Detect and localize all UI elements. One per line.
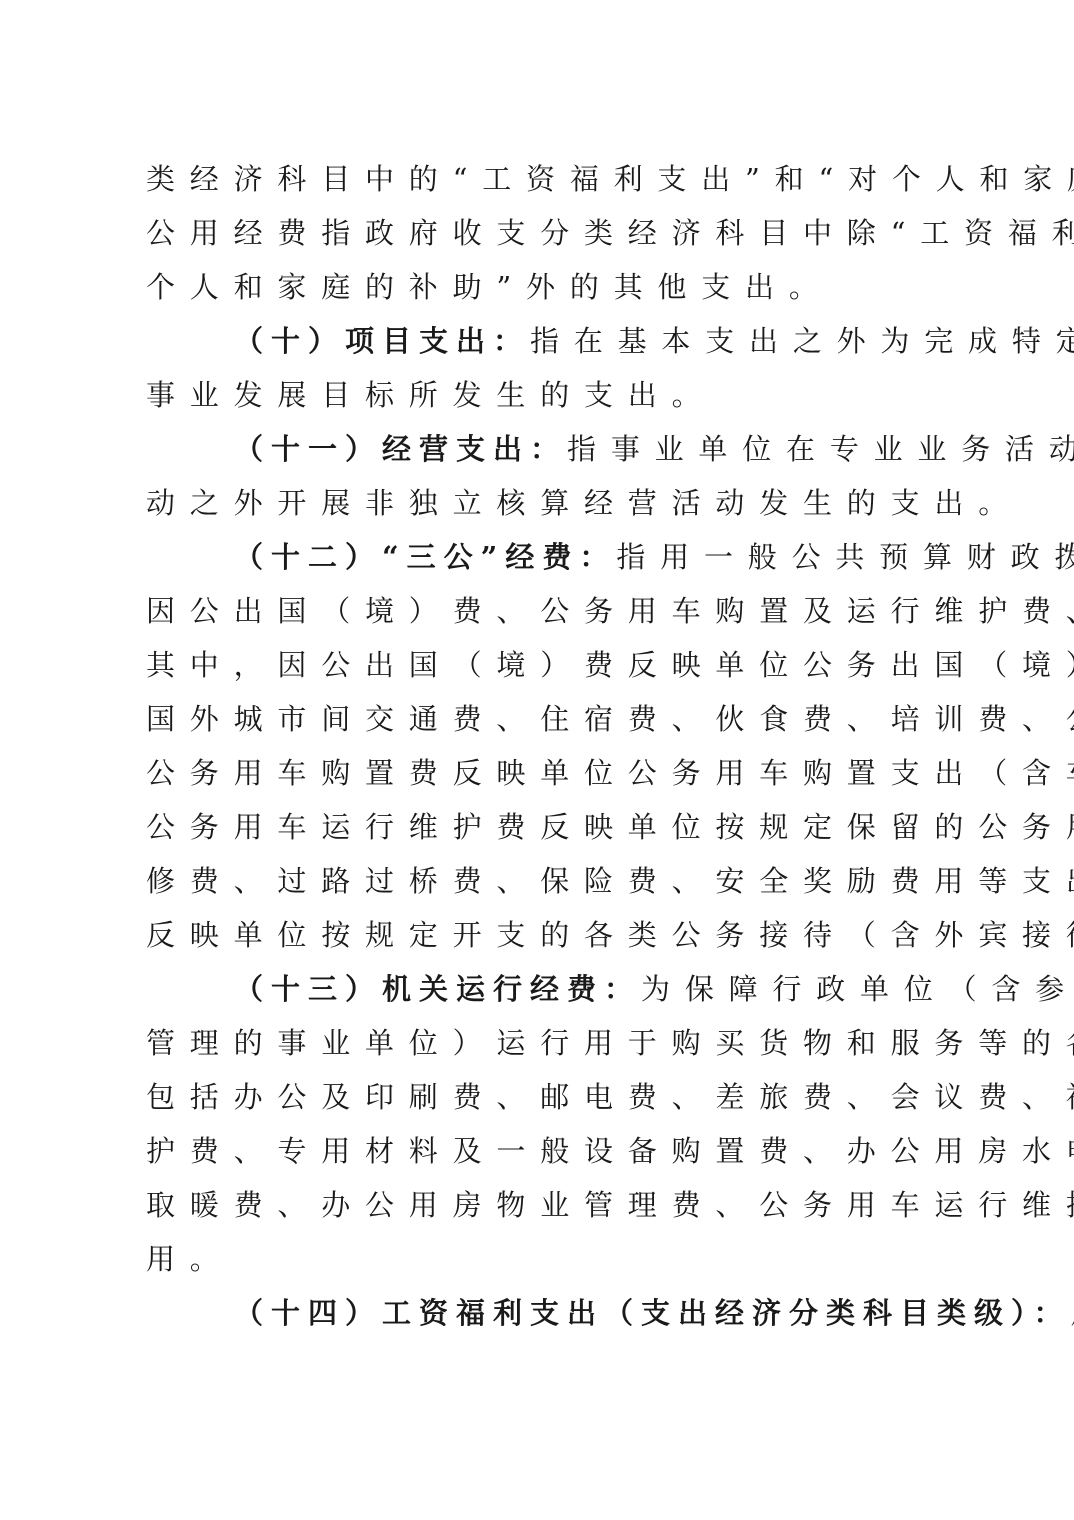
term-heading: （十四）工资福利支出（支出经济分类科目类级）： bbox=[234, 1296, 1071, 1330]
document-page: 类经济科目中的“工资福利支出”和“对个人和家庭的补助”； 公用经费指政府收支分类… bbox=[146, 152, 942, 1340]
term-definition: 指在基本支出之外为完成特定行政任务和 bbox=[530, 324, 1074, 358]
text-line: 事业发展目标所发生的支出。 bbox=[146, 368, 942, 422]
term-heading: （十三）机关运行经费： bbox=[234, 972, 641, 1006]
text-line: 国外城市间交通费、住宿费、伙食费、培训费、公杂费等支出； bbox=[146, 692, 942, 746]
paragraph-operating-expenditure: （十一）经营支出：指事业单位在专业业务活动及其辅助活 动之外开展非独立核算经营活… bbox=[146, 422, 942, 530]
text-line: （十）项目支出：指在基本支出之外为完成特定行政任务和 bbox=[146, 314, 942, 368]
text-line: 管理的事业单位）运行用于购买货物和服务等的各项公用经费， bbox=[146, 1016, 942, 1070]
text-line: 取暖费、办公用房物业管理费、公务用车运行维护费以及其他费 bbox=[146, 1178, 942, 1232]
text-line: 动之外开展非独立核算经营活动发生的支出。 bbox=[146, 476, 942, 530]
text-line: （十四）工资福利支出（支出经济分类科目类级）：反映单 bbox=[146, 1286, 942, 1340]
term-heading: （十）项目支出： bbox=[234, 324, 530, 358]
paragraph-wage-welfare-expenditure: （十四）工资福利支出（支出经济分类科目类级）：反映单 bbox=[146, 1286, 942, 1340]
text-line: 反映单位按规定开支的各类公务接待（含外宾接待）支出。 bbox=[146, 908, 942, 962]
text-line: 包括办公及印刷费、邮电费、差旅费、会议费、福利费、日常维 bbox=[146, 1070, 942, 1124]
text-line: （十三）机关运行经费：为保障行政单位（含参照公务员法 bbox=[146, 962, 942, 1016]
paragraph-agency-operating-funds: （十三）机关运行经费：为保障行政单位（含参照公务员法 管理的事业单位）运行用于购… bbox=[146, 962, 942, 1286]
term-definition: 反映单 bbox=[1071, 1296, 1074, 1330]
term-definition: 指用一般公共预算财政拨款安排的 bbox=[616, 540, 1074, 574]
term-heading: （十二）“三公”经费： bbox=[234, 540, 616, 574]
paragraph-continued: 类经济科目中的“工资福利支出”和“对个人和家庭的补助”； 公用经费指政府收支分类… bbox=[146, 152, 942, 314]
text-line: （十二）“三公”经费：指用一般公共预算财政拨款安排的 bbox=[146, 530, 942, 584]
text-line: 因公出国（境）费、公务用车购置及运行维护费、公务接待费。 bbox=[146, 584, 942, 638]
text-line: 公务用车运行维护费反映单位按规定保留的公务用车燃料费、维 bbox=[146, 800, 942, 854]
text-line: 公务用车购置费反映单位公务用车购置支出（含车辆购置税）； bbox=[146, 746, 942, 800]
text-line: 其中，因公出国（境）费反映单位公务出国（境）的国际旅费、 bbox=[146, 638, 942, 692]
text-line: （十一）经营支出：指事业单位在专业业务活动及其辅助活 bbox=[146, 422, 942, 476]
term-definition: 为保障行政单位（含参照公务员法 bbox=[641, 972, 1074, 1006]
text-line: 护费、专用材料及一般设备购置费、办公用房水电费、办公用房 bbox=[146, 1124, 942, 1178]
text-line: 用。 bbox=[146, 1232, 942, 1286]
text-line: 个人和家庭的补助”外的其他支出。 bbox=[146, 260, 942, 314]
paragraph-project-expenditure: （十）项目支出：指在基本支出之外为完成特定行政任务和 事业发展目标所发生的支出。 bbox=[146, 314, 942, 422]
text-line: 公用经费指政府收支分类经济科目中除“工资福利支出”和“对 bbox=[146, 206, 942, 260]
text-line: 类经济科目中的“工资福利支出”和“对个人和家庭的补助”； bbox=[146, 152, 942, 206]
term-heading: （十一）经营支出： bbox=[234, 432, 567, 466]
paragraph-three-public-expenses: （十二）“三公”经费：指用一般公共预算财政拨款安排的 因公出国（境）费、公务用车… bbox=[146, 530, 942, 962]
text-line: 修费、过路过桥费、保险费、安全奖励费用等支出；公务接待费 bbox=[146, 854, 942, 908]
term-definition: 指事业单位在专业业务活动及其辅助活 bbox=[567, 432, 1074, 466]
